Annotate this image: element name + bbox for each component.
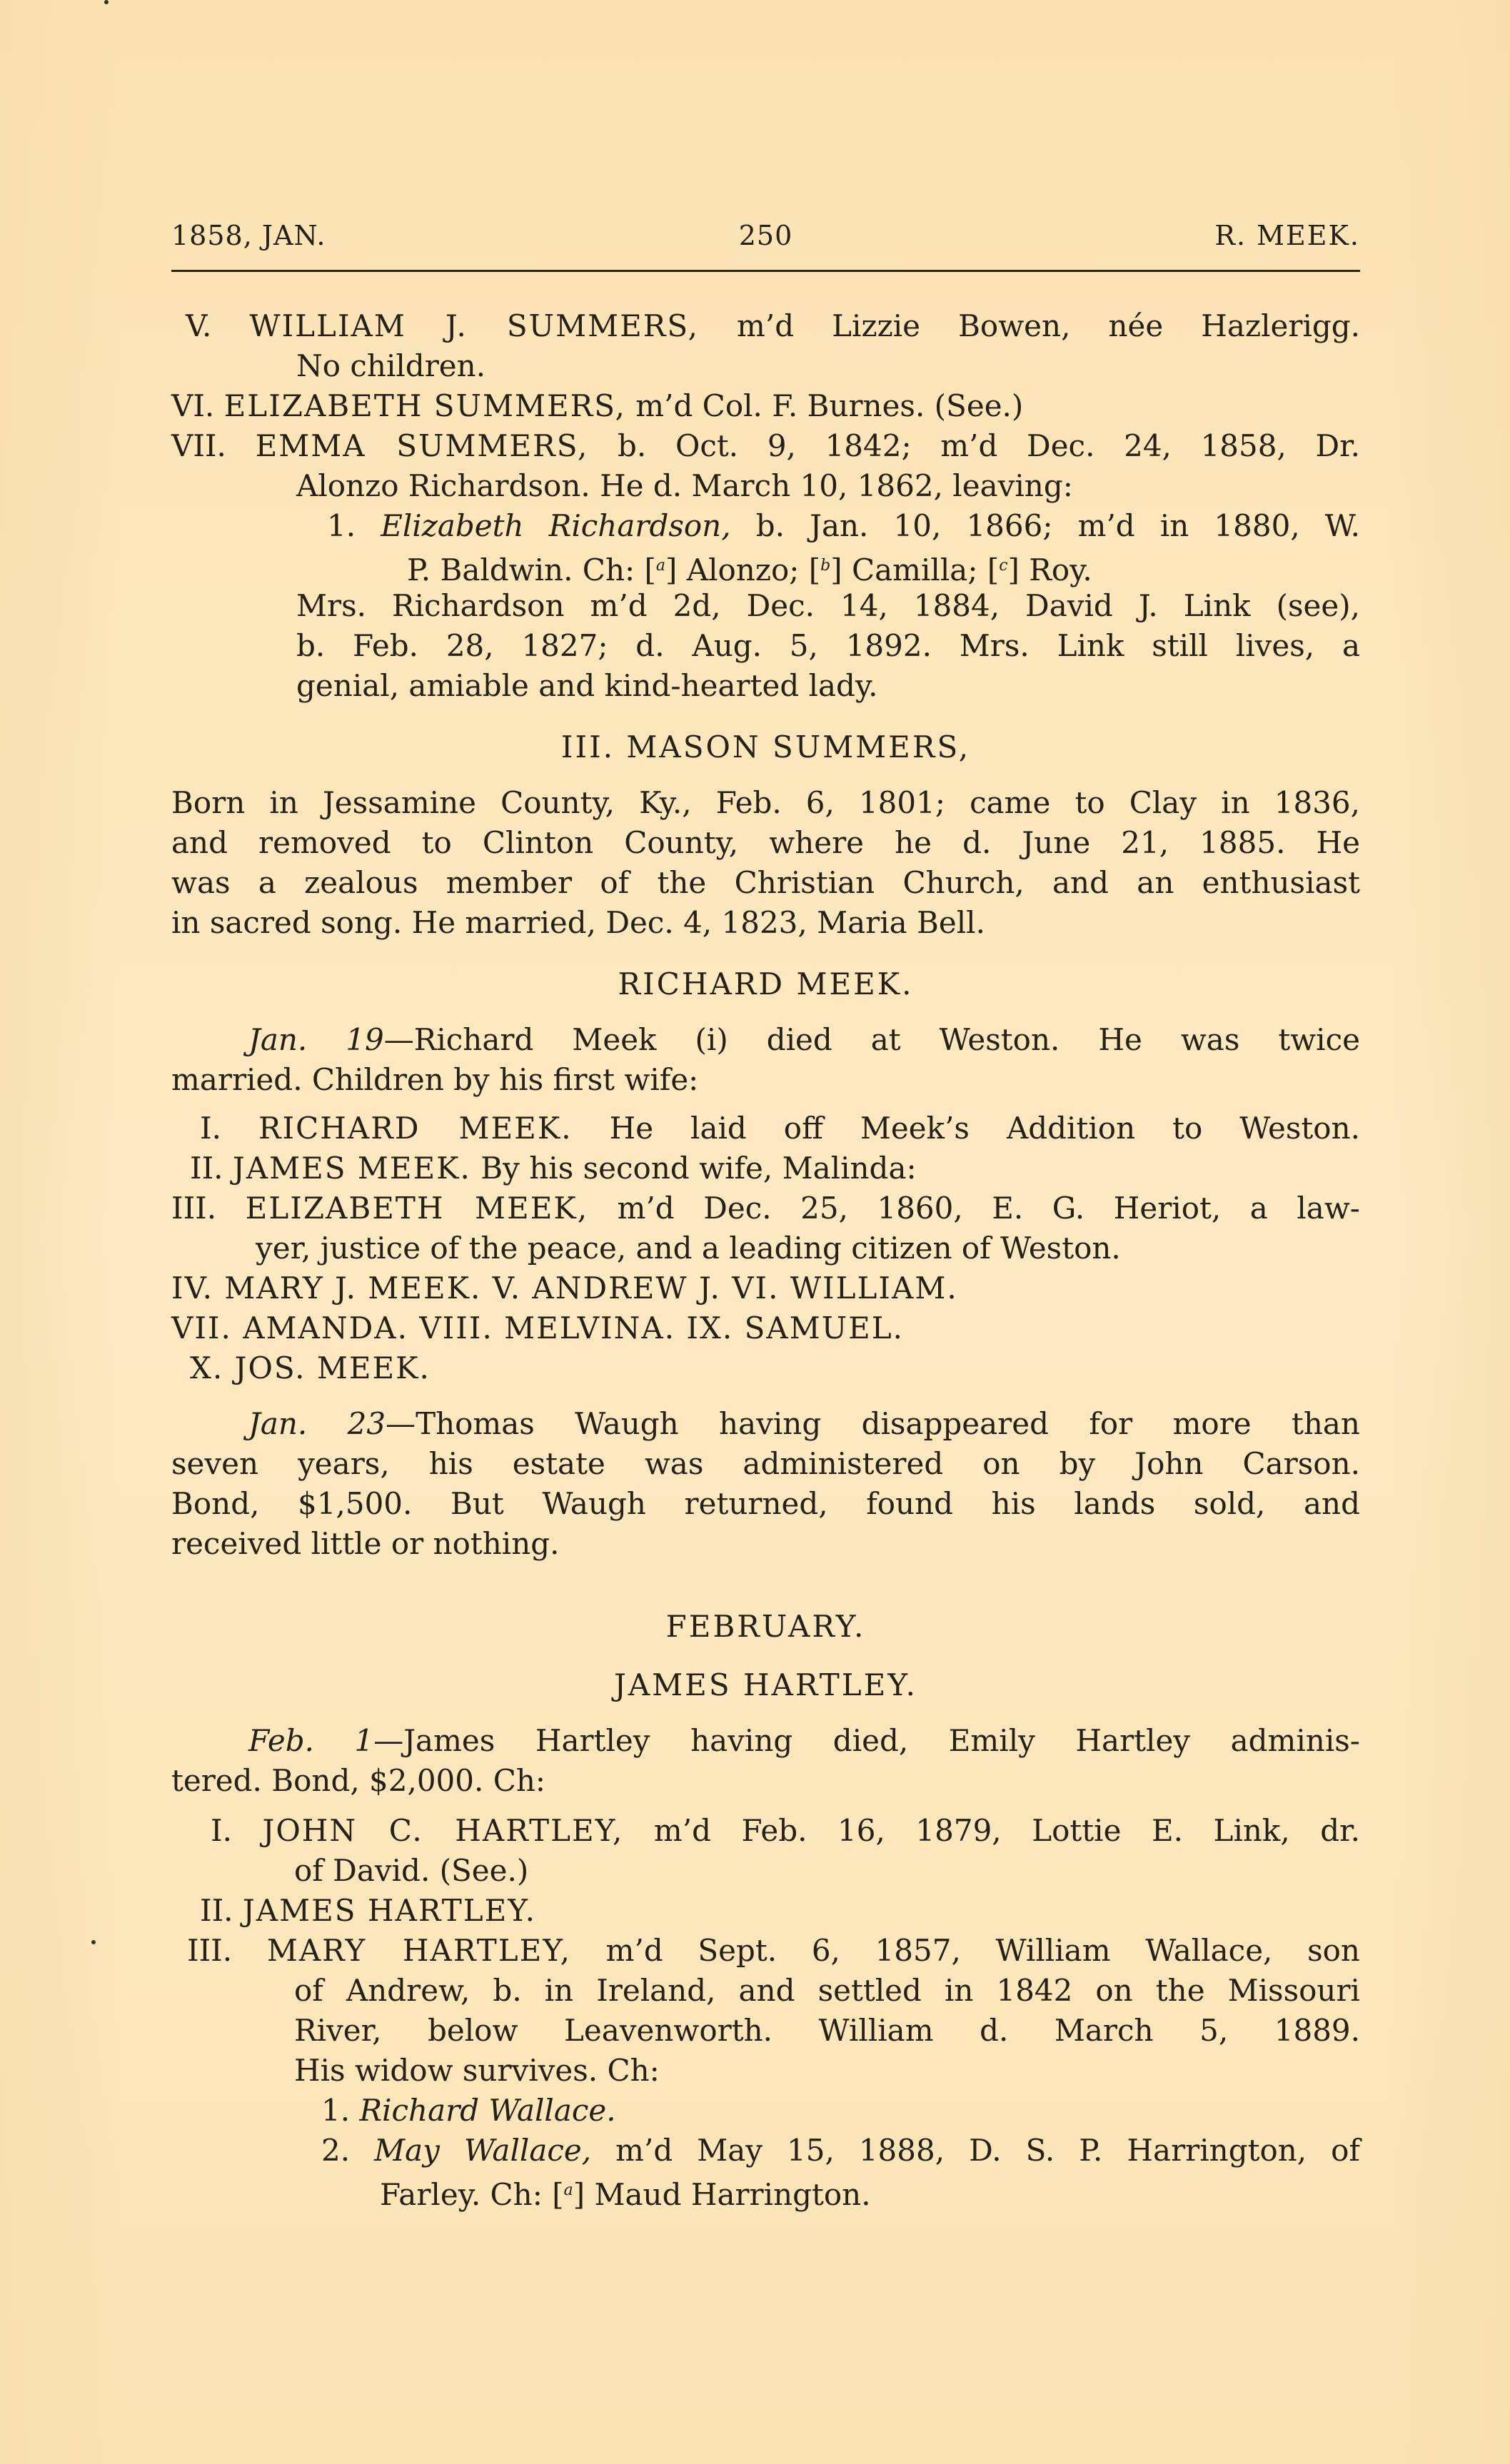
book-page: 1858, JAN. 250 R. MEEK. V. WILLIAM J. SU… — [171, 214, 1360, 2211]
grandchild-continuation: P. Baldwin. Ch: [a] Alonzo; [b] Camilla;… — [171, 546, 1360, 586]
entry-name: JAMES HARTLEY. — [243, 1893, 536, 1928]
entry-continuation: b. Feb. 28, 1827; d. Aug. 5, 1892. Mrs. … — [171, 626, 1360, 666]
dated-entry-jan-19: Jan. 19—Richard Meek (i) died at Weston.… — [171, 1020, 1360, 1060]
meek-child-i: I. RICHARD MEEK. He laid off Meek’s Addi… — [171, 1109, 1360, 1148]
paragraph-line: seven years, his estate was administered… — [171, 1444, 1360, 1484]
entry-continuation: Alonzo Richardson. He d. March 10, 1862,… — [171, 466, 1360, 506]
entry-continuation: yer, justice of the peace, and a leading… — [171, 1228, 1360, 1268]
entry-name: JAMES MEEK. — [233, 1151, 471, 1186]
paragraph-line: and removed to Clinton County, where he … — [171, 823, 1360, 863]
paragraph-line: received little or nothing. — [171, 1524, 1360, 1564]
header-rule — [171, 270, 1360, 272]
entry-continuation: River, below Leavenworth. William d. Mar… — [171, 2011, 1360, 2051]
meek-child-iii: III. ELIZABETH MEEK, m’d Dec. 25, 1860, … — [171, 1188, 1360, 1228]
grandchild-richard-wallace: 1. Richard Wallace. — [171, 2091, 1360, 2131]
paragraph-line: Born in Jessamine County, Ky., Feb. 6, 1… — [171, 783, 1360, 823]
paper-speck — [91, 1940, 96, 1944]
grandchild-may-wallace: 2. May Wallace, m’d May 15, 1888, D. S. … — [171, 2131, 1360, 2171]
entry-continuation: of Andrew, b. in Ireland, and settled in… — [171, 1971, 1360, 2011]
hartley-child-iii: III. MARY HARTLEY, m’d Sept. 6, 1857, Wi… — [171, 1931, 1360, 1971]
entry-continuation: Mrs. Richardson m’d 2d, Dec. 14, 1884, D… — [171, 586, 1360, 626]
paragraph-line: married. Children by his first wife: — [171, 1060, 1360, 1100]
entry-name: ELIZABETH SUMMERS, — [224, 388, 626, 423]
entry-date: Feb. 1 — [248, 1723, 373, 1758]
grandchild-name: Elizabeth Richardson, — [381, 508, 730, 543]
running-head: 1858, JAN. 250 R. MEEK. — [171, 214, 1360, 257]
paragraph-line: in sacred song. He married, Dec. 4, 1823… — [171, 903, 1360, 943]
meek-child-ii: II. JAMES MEEK. By his second wife, Mali… — [171, 1148, 1360, 1188]
grandchild-continuation: Farley. Ch: [a] Maud Harrington. — [171, 2171, 1360, 2211]
entry-continuation: No children. — [171, 346, 1360, 386]
meek-child-x: X. JOS. MEEK. — [171, 1348, 1360, 1388]
entry-name: WILLIAM J. SUMMERS, — [249, 308, 699, 343]
entry-william-summers: V. WILLIAM J. SUMMERS, m’d Lizzie Bowen,… — [171, 306, 1360, 346]
month-heading-february: FEBRUARY. — [171, 1607, 1360, 1647]
paragraph-line: was a zealous member of the Christian Ch… — [171, 863, 1360, 903]
dated-entry-jan-23: Jan. 23—Thomas Waugh having disappeared … — [171, 1404, 1360, 1444]
section-heading-mason-summers: III. MASON SUMMERS, — [171, 727, 1360, 767]
page-body: V. WILLIAM J. SUMMERS, m’d Lizzie Bowen,… — [171, 306, 1360, 2211]
section-heading-richard-meek: RICHARD MEEK. — [171, 964, 1360, 1004]
hartley-child-i: I. JOHN C. HARTLEY, m’d Feb. 16, 1879, L… — [171, 1811, 1360, 1851]
entry-name: RICHARD MEEK. — [258, 1111, 573, 1146]
section-heading-james-hartley: JAMES HARTLEY. — [171, 1665, 1360, 1705]
entry-name: MARY HARTLEY, — [267, 1933, 571, 1968]
running-head-title: R. MEEK. — [1214, 220, 1360, 251]
entry-name: ELIZABETH MEEK, — [246, 1191, 588, 1226]
entry-continuation: of David. (See.) — [171, 1851, 1360, 1891]
entry-elizabeth-summers: VI. ELIZABETH SUMMERS, m’d Col. F. Burne… — [171, 386, 1360, 426]
entry-emma-summers: VII. EMMA SUMMERS, b. Oct. 9, 1842; m’d … — [171, 426, 1360, 466]
grandchild-name: Richard Wallace. — [359, 2093, 615, 2128]
entry-date: Jan. 19 — [248, 1022, 384, 1057]
entry-name: EMMA SUMMERS, — [256, 428, 589, 463]
hartley-child-ii: II. JAMES HARTLEY. — [171, 1891, 1360, 1931]
meek-children-vii-ix: VII. AMANDA. VIII. MELVINA. IX. SAMUEL. — [171, 1308, 1360, 1348]
entry-date: Jan. 23 — [248, 1406, 386, 1441]
entry-continuation: genial, amiable and kind-hearted lady. — [171, 666, 1360, 706]
meek-children-iv-vi: IV. MARY J. MEEK. V. ANDREW J. VI. WILLI… — [171, 1268, 1360, 1308]
page-number: 250 — [171, 220, 1360, 251]
paragraph-line: Bond, $1,500. But Waugh returned, found … — [171, 1484, 1360, 1524]
paragraph-line: tered. Bond, $2,000. Ch: — [171, 1761, 1360, 1801]
entry-continuation: His widow survives. Ch: — [171, 2051, 1360, 2091]
grandchild-elizabeth-richardson: 1. Elizabeth Richardson, b. Jan. 10, 186… — [171, 506, 1360, 546]
dated-entry-feb-1: Feb. 1—James Hartley having died, Emily … — [171, 1721, 1360, 1761]
grandchild-name: May Wallace, — [374, 2133, 591, 2168]
entry-name: JOHN C. HARTLEY, — [263, 1813, 624, 1848]
paper-speck — [104, 0, 109, 4]
